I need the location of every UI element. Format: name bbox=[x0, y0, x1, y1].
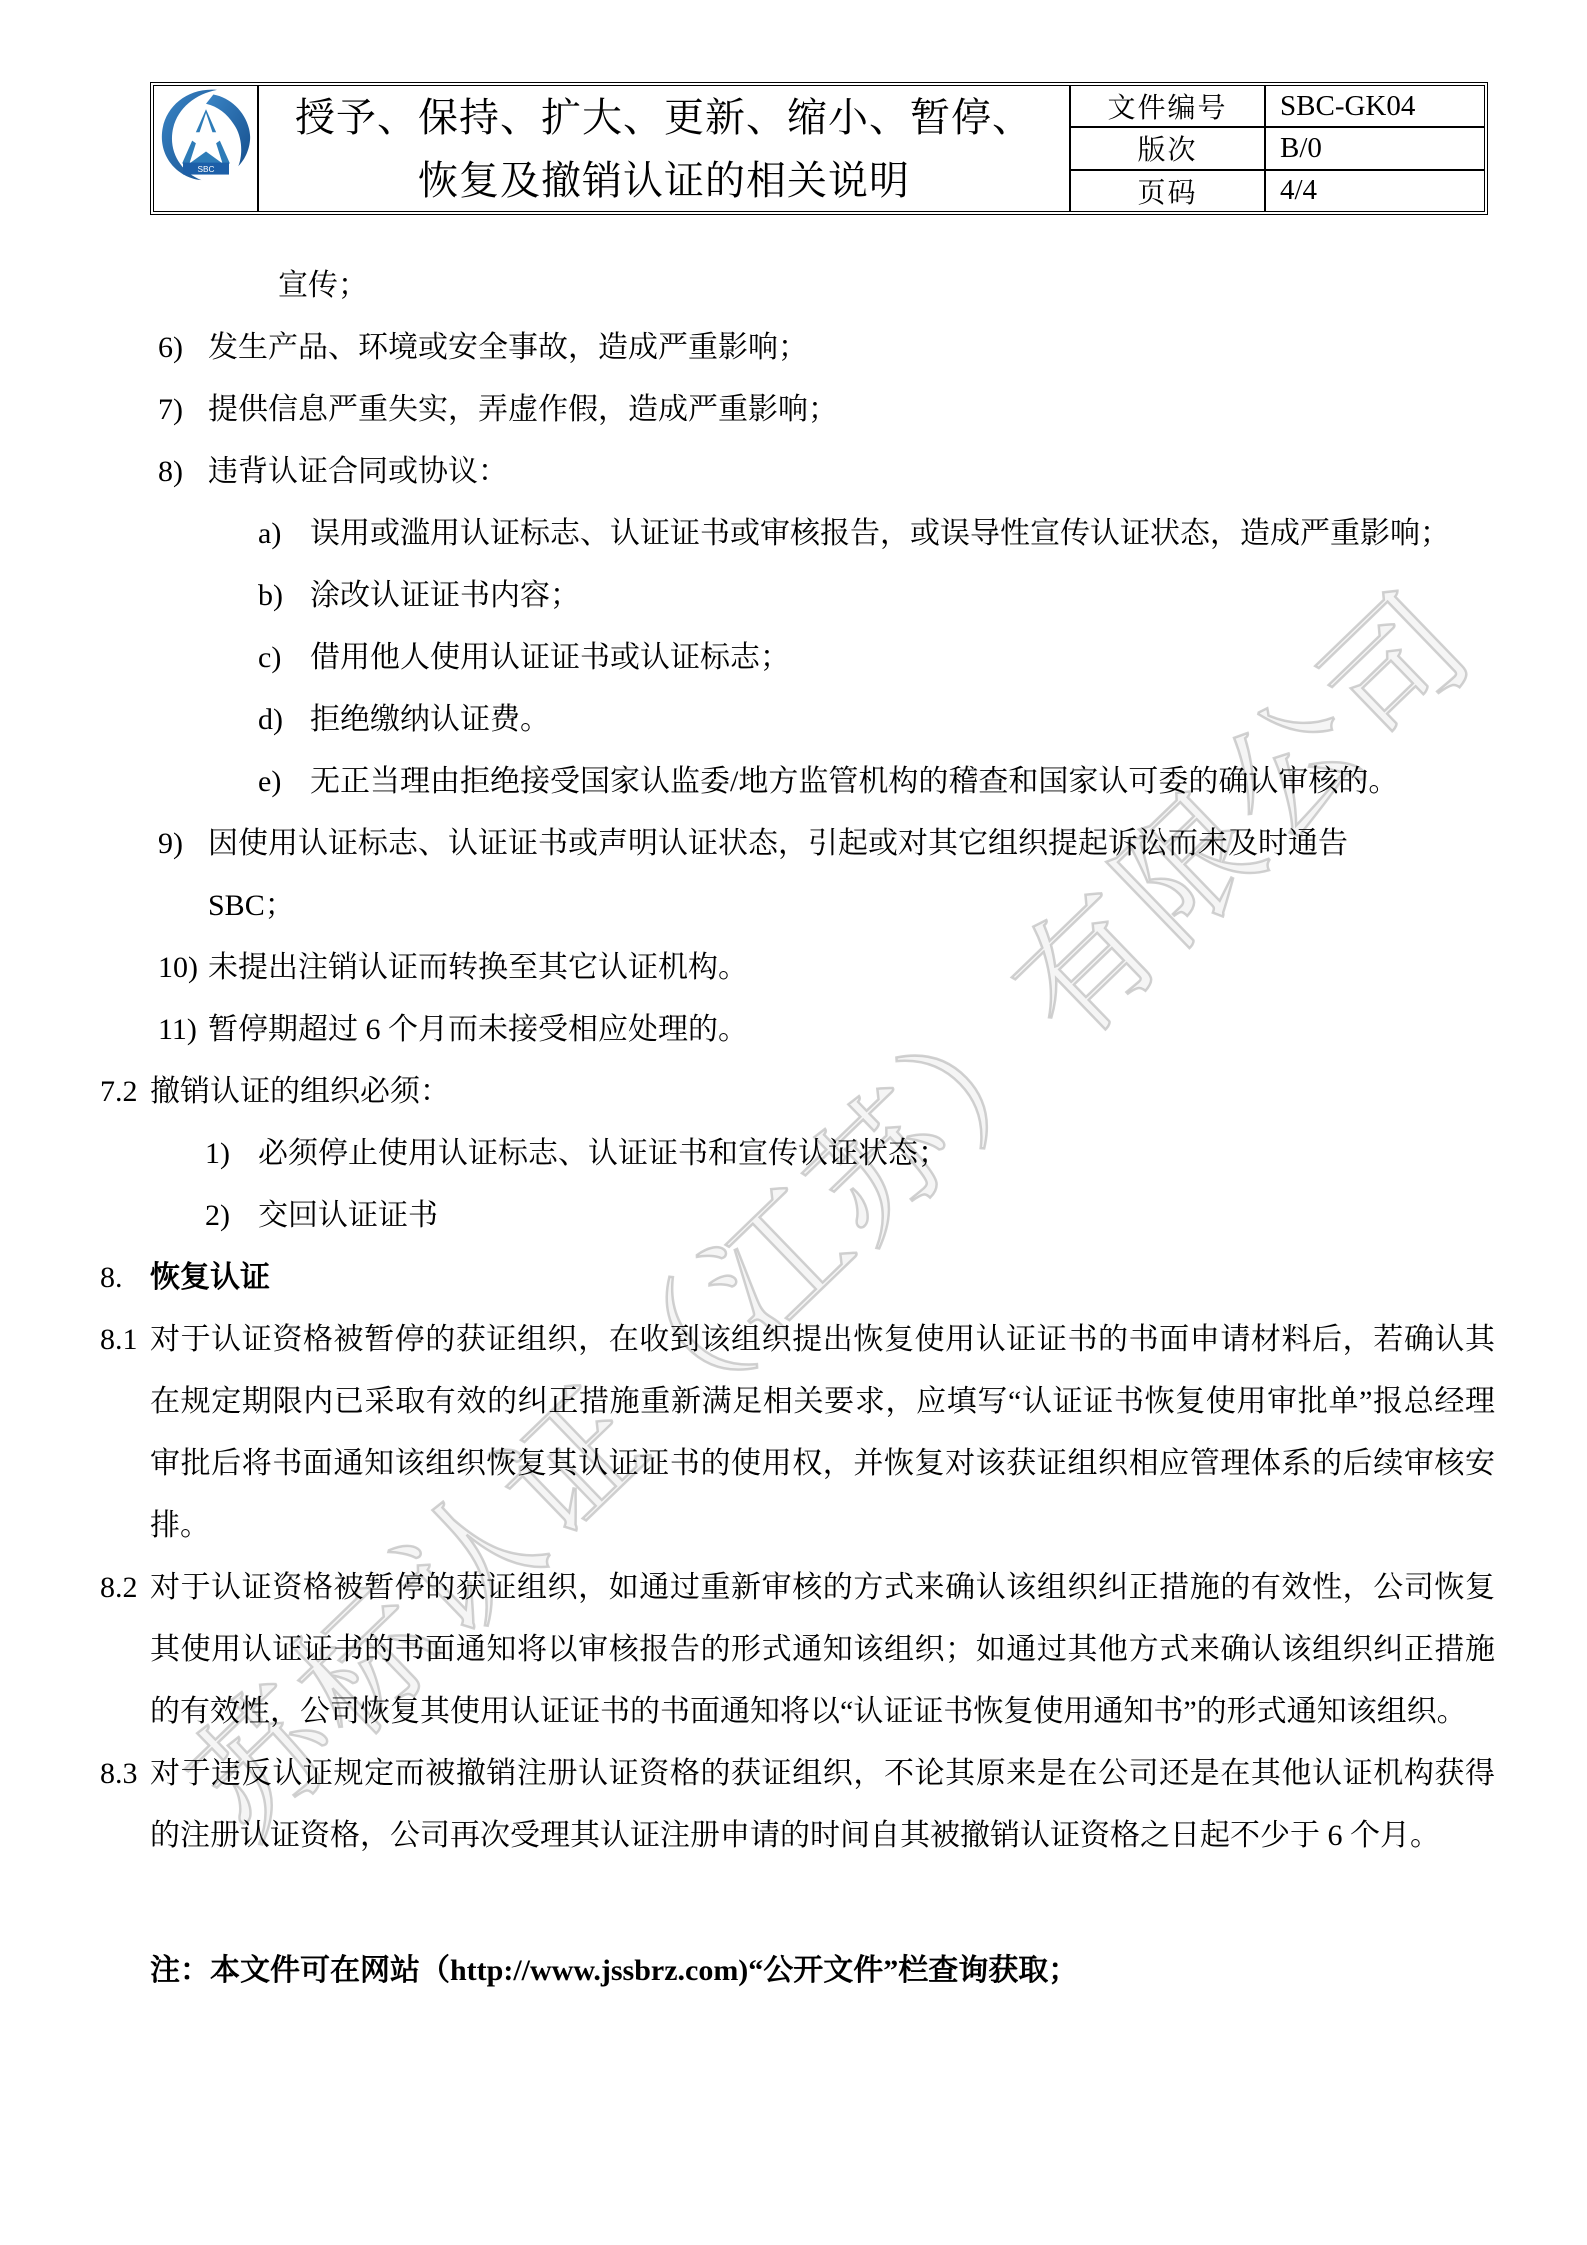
item-8a: a) 误用或滥用认证标志、认证证书或审核报告，或误导性宣传认证状态，造成严重影响… bbox=[100, 503, 1495, 565]
list-marker: 9) bbox=[100, 813, 208, 875]
list-marker: 8) bbox=[100, 441, 208, 503]
list-marker: 7) bbox=[100, 379, 208, 441]
section-number: 8.3 bbox=[100, 1743, 150, 1867]
section-8-1: 8.1 对于认证资格被暂停的获证组织，在收到该组织提出恢复使用认证证书的书面申请… bbox=[100, 1309, 1495, 1557]
document-title-line1: 授予、保持、扩大、更新、缩小、暂停、 bbox=[295, 86, 1033, 149]
doc-version-label: 版次 bbox=[1071, 128, 1266, 168]
document-meta-grid: 文件编号 SBC-GK04 版次 B/0 页码 4/4 bbox=[1071, 86, 1484, 211]
document-page: 苏标认证（江苏）有限公司 SBC 授予、保持、扩大、更新、缩小、暂停、 bbox=[0, 0, 1587, 2245]
section-8-heading: 8. 恢复认证 bbox=[100, 1247, 1495, 1309]
document-body: 宣传； 6) 发生产品、环境或安全事故，造成严重影响； 7) 提供信息严重失实，… bbox=[0, 255, 1587, 2002]
list-marker bbox=[100, 875, 208, 937]
doc-page-value: 4/4 bbox=[1266, 171, 1484, 211]
sbc-logo-icon: SBC bbox=[160, 89, 252, 181]
item-10: 10) 未提出注销认证而转换至其它认证机构。 bbox=[100, 937, 1495, 999]
list-text: 提供信息严重失实，弄虚作假，造成严重影响； bbox=[208, 379, 1495, 441]
list-marker bbox=[100, 255, 278, 317]
item-7: 7) 提供信息严重失实，弄虚作假，造成严重影响； bbox=[100, 379, 1495, 441]
list-text: 误用或滥用认证标志、认证证书或审核报告，或误导性宣传认证状态，造成严重影响； bbox=[310, 503, 1495, 565]
list-marker: c) bbox=[100, 627, 310, 689]
doc-version-row: 版次 B/0 bbox=[1071, 128, 1484, 170]
list-text: 发生产品、环境或安全事故，造成严重影响； bbox=[208, 317, 1495, 379]
company-logo: SBC bbox=[154, 86, 259, 211]
doc-version-value: B/0 bbox=[1266, 128, 1484, 168]
list-text: 因使用认证标志、认证证书或声明认证状态，引起或对其它组织提起诉讼而未及时通告 bbox=[208, 813, 1495, 875]
list-text: 涂改认证证书内容； bbox=[310, 565, 1495, 627]
item-8b: b) 涂改认证证书内容； bbox=[100, 565, 1495, 627]
doc-number-row: 文件编号 SBC-GK04 bbox=[1071, 86, 1484, 128]
doc-number-label: 文件编号 bbox=[1071, 86, 1266, 126]
list-marker: 11) bbox=[100, 999, 208, 1061]
item-8c: c) 借用他人使用认证证书或认证标志； bbox=[100, 627, 1495, 689]
list-marker: 1) bbox=[100, 1123, 258, 1185]
continuation-line-sbc: SBC； bbox=[100, 875, 1495, 937]
list-marker: d) bbox=[100, 689, 310, 751]
list-text: SBC； bbox=[208, 875, 1495, 937]
section-number: 8.1 bbox=[100, 1309, 150, 1557]
footer-note: 注：本文件可在网站（http://www.jssbrz.com)“公开文件”栏查… bbox=[100, 1940, 1495, 2002]
list-text: 违背认证合同或协议： bbox=[208, 441, 1495, 503]
list-marker: 6) bbox=[100, 317, 208, 379]
item-8e: e) 无正当理由拒绝接受国家认监委/地方监管机构的稽查和国家认可委的确认审核的。 bbox=[100, 751, 1495, 813]
list-marker: 10) bbox=[100, 937, 208, 999]
logo-text: SBC bbox=[197, 165, 214, 174]
item-7-2-1: 1) 必须停止使用认证标志、认证证书和宣传认证状态； bbox=[100, 1123, 1495, 1185]
document-title-line2: 恢复及撤销认证的相关说明 bbox=[418, 149, 910, 212]
item-11: 11) 暂停期超过 6 个月而未接受相应处理的。 bbox=[100, 999, 1495, 1061]
section-number: 8. bbox=[100, 1247, 150, 1309]
list-marker: 2) bbox=[100, 1185, 258, 1247]
list-text: 借用他人使用认证证书或认证标志； bbox=[310, 627, 1495, 689]
item-8: 8) 违背认证合同或协议： bbox=[100, 441, 1495, 503]
list-text: 未提出注销认证而转换至其它认证机构。 bbox=[208, 937, 1495, 999]
list-text: 交回认证证书 bbox=[258, 1185, 1495, 1247]
document-header-table: SBC 授予、保持、扩大、更新、缩小、暂停、 恢复及撤销认证的相关说明 文件编号… bbox=[150, 82, 1488, 215]
list-marker: a) bbox=[100, 503, 310, 565]
document-title: 授予、保持、扩大、更新、缩小、暂停、 恢复及撤销认证的相关说明 bbox=[259, 86, 1071, 211]
section-text: 对于违反认证规定而被撤销注册认证资格的获证组织，不论其原来是在公司还是在其他认证… bbox=[150, 1743, 1495, 1867]
list-text: 必须停止使用认证标志、认证证书和宣传认证状态； bbox=[258, 1123, 1495, 1185]
item-8d: d) 拒绝缴纳认证费。 bbox=[100, 689, 1495, 751]
doc-page-row: 页码 4/4 bbox=[1071, 171, 1484, 211]
continuation-line-xuanchuan: 宣传； bbox=[100, 255, 1495, 317]
doc-page-label: 页码 bbox=[1071, 171, 1266, 211]
list-text: 无正当理由拒绝接受国家认监委/地方监管机构的稽查和国家认可委的确认审核的。 bbox=[310, 751, 1495, 813]
item-9: 9) 因使用认证标志、认证证书或声明认证状态，引起或对其它组织提起诉讼而未及时通… bbox=[100, 813, 1495, 875]
list-text: 宣传； bbox=[278, 255, 1495, 317]
section-heading-text: 恢复认证 bbox=[150, 1247, 1495, 1309]
item-7-2-2: 2) 交回认证证书 bbox=[100, 1185, 1495, 1247]
section-7-2: 7.2 撤销认证的组织必须： bbox=[100, 1061, 1495, 1123]
list-text: 拒绝缴纳认证费。 bbox=[310, 689, 1495, 751]
section-number: 7.2 bbox=[100, 1061, 150, 1123]
list-marker: e) bbox=[100, 751, 310, 813]
doc-number-value: SBC-GK04 bbox=[1266, 86, 1484, 126]
section-number: 8.2 bbox=[100, 1557, 150, 1743]
section-text: 对于认证资格被暂停的获证组织，如通过重新审核的方式来确认该组织纠正措施的有效性，… bbox=[150, 1557, 1495, 1743]
item-6: 6) 发生产品、环境或安全事故，造成严重影响； bbox=[100, 317, 1495, 379]
section-8-3: 8.3 对于违反认证规定而被撤销注册认证资格的获证组织，不论其原来是在公司还是在… bbox=[100, 1743, 1495, 1867]
section-text: 对于认证资格被暂停的获证组织，在收到该组织提出恢复使用认证证书的书面申请材料后，… bbox=[150, 1309, 1495, 1557]
list-text: 暂停期超过 6 个月而未接受相应处理的。 bbox=[208, 999, 1495, 1061]
list-marker: b) bbox=[100, 565, 310, 627]
section-8-2: 8.2 对于认证资格被暂停的获证组织，如通过重新审核的方式来确认该组织纠正措施的… bbox=[100, 1557, 1495, 1743]
section-text: 撤销认证的组织必须： bbox=[150, 1061, 1495, 1123]
